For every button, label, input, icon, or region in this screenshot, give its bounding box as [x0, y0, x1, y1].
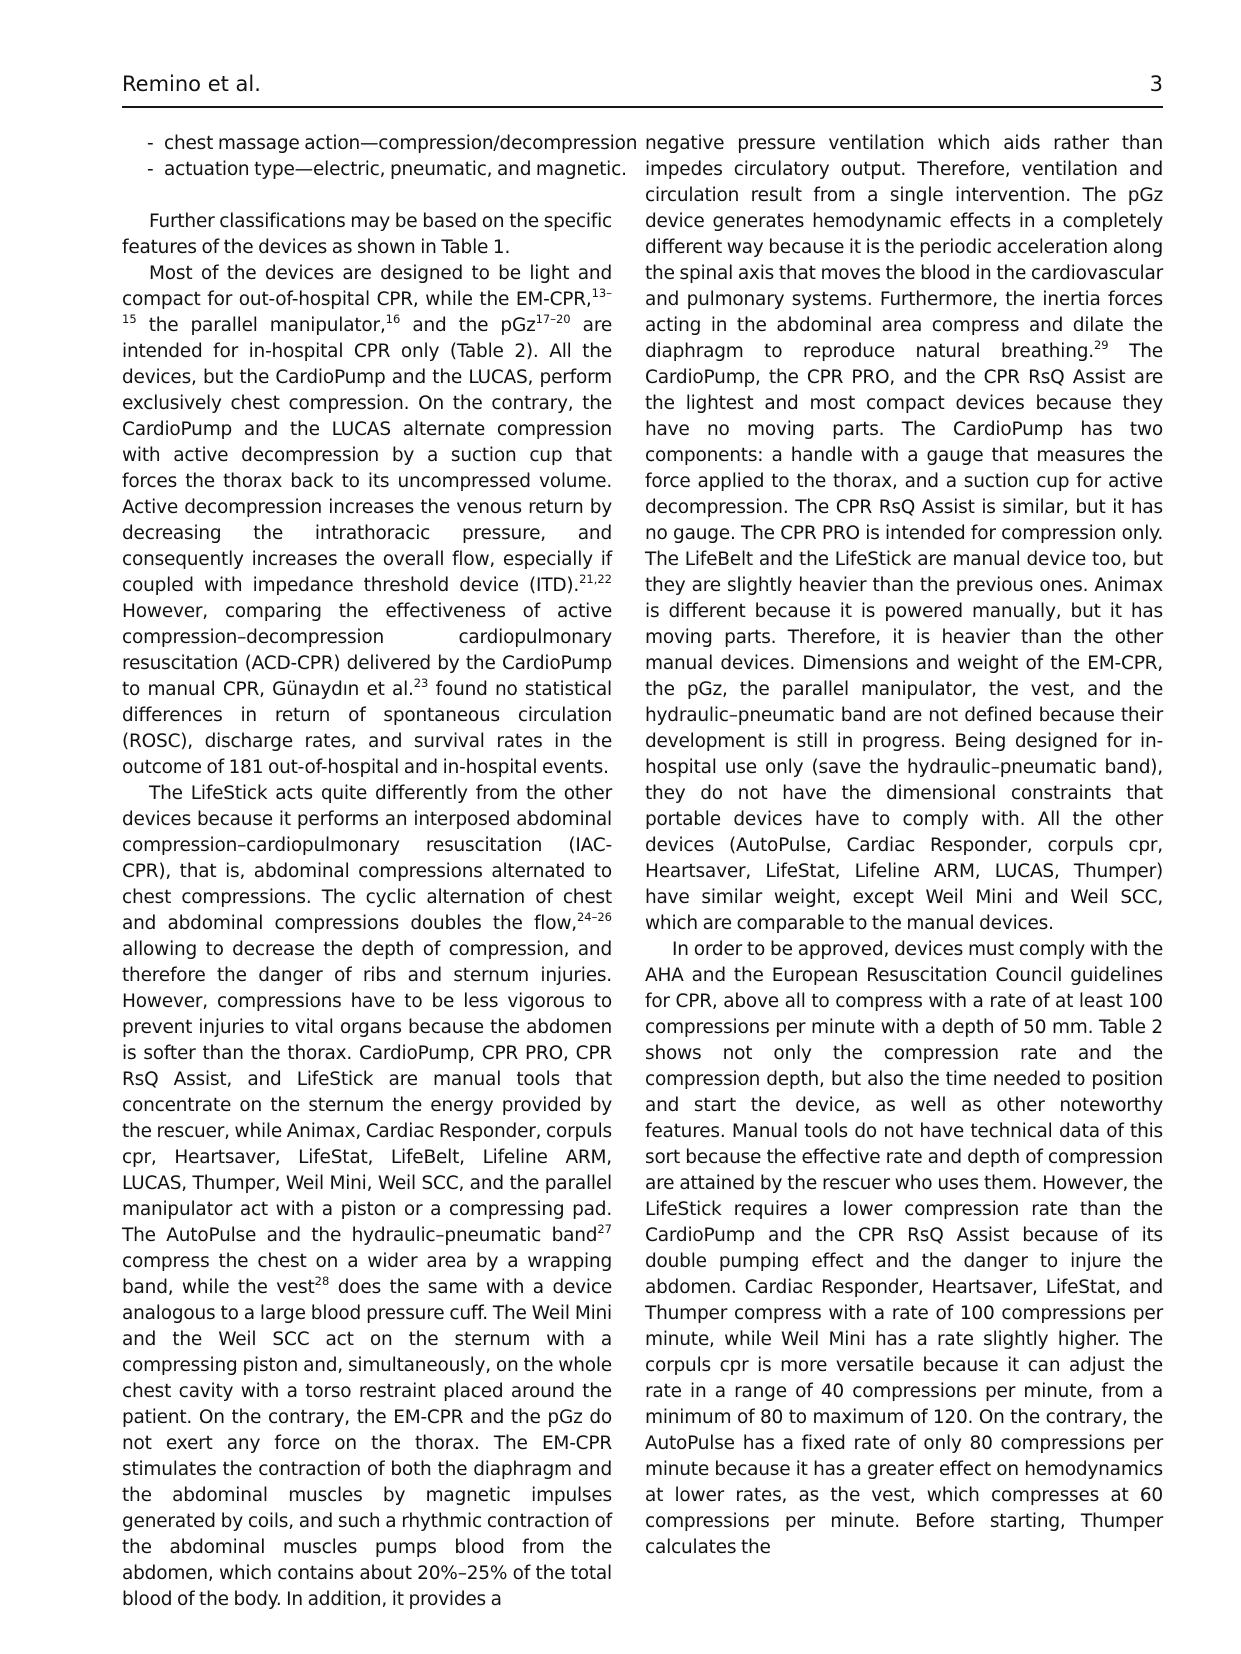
paper-page: Remino et al. 3 -chest massage action—co…	[0, 0, 1241, 1654]
citation-superscript: 16	[386, 312, 401, 326]
bullet-dash: -	[147, 131, 164, 157]
bullet-text: actuation type—electric, pneumatic, and …	[164, 157, 627, 183]
paragraph: In order to be approved, devices must co…	[645, 937, 1163, 1561]
citation-superscript: 21,22	[579, 572, 612, 586]
bullet-item: -chest massage action—compression/decomp…	[122, 131, 612, 157]
paragraph: negative pressure ventilation which aids…	[645, 131, 1163, 937]
bullet-dash: -	[147, 157, 164, 183]
paragraph: Further classifications may be based on …	[122, 209, 612, 261]
page-number: 3	[1150, 72, 1163, 97]
bullet-text: chest massage action—compression/decompr…	[164, 131, 637, 157]
text-columns: -chest massage action—compression/decomp…	[122, 131, 1163, 1613]
column-left: -chest massage action—compression/decomp…	[122, 131, 612, 1613]
running-head-authors: Remino et al.	[122, 72, 261, 97]
paragraph: Most of the devices are designed to be l…	[122, 261, 612, 781]
paragraph: The LifeStick acts quite differently fro…	[122, 781, 612, 1613]
column-right: negative pressure ventilation which aids…	[645, 131, 1163, 1613]
bullet-item: -actuation type—electric, pneumatic, and…	[122, 157, 612, 183]
blank-line	[122, 183, 612, 209]
citation-superscript: 23	[414, 676, 429, 690]
citation-superscript: 28	[315, 1274, 330, 1288]
running-head: Remino et al. 3	[122, 72, 1163, 97]
citation-superscript: 29	[1094, 338, 1109, 352]
citation-superscript: 24–26	[577, 910, 612, 924]
citation-superscript: 17–20	[536, 312, 571, 326]
header-divider-rule	[122, 106, 1163, 108]
citation-superscript: 27	[597, 1222, 612, 1236]
